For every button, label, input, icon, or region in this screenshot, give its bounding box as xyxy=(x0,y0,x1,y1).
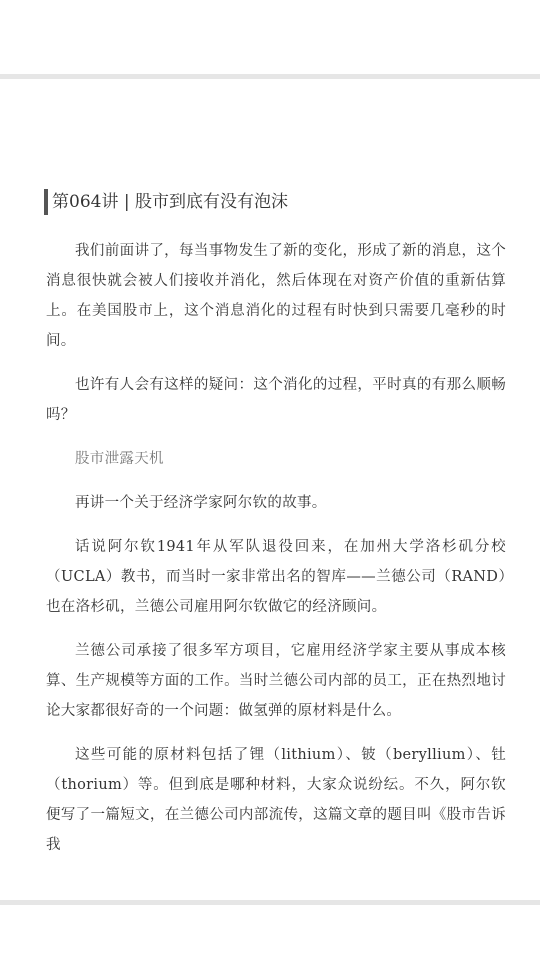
title-text: 第064讲 | 股市到底有没有泡沫 xyxy=(52,192,288,212)
paragraph: 再讲一个关于经济学家阿尔钦的故事。 xyxy=(46,488,506,518)
top-divider xyxy=(0,74,540,79)
section-subheading: 股市泄露天机 xyxy=(46,444,506,474)
paragraph: 兰德公司承接了很多军方项目，它雇用经济学家主要从事成本核算、生产规模等方面的工作… xyxy=(46,636,506,726)
title-accent-bar xyxy=(44,189,48,215)
paragraph: 我们前面讲了，每当事物发生了新的变化，形成了新的消息，这个消息很快就会被人们接收… xyxy=(46,236,506,356)
paragraph: 这些可能的原材料包括了锂（lithium）、铍（beryllium）、钍（tho… xyxy=(46,740,506,860)
article: 第064讲 | 股市到底有没有泡沫 我们前面讲了，每当事物发生了新的变化，形成了… xyxy=(46,188,506,874)
paragraph: 话说阿尔钦1941年从军队退役回来，在加州大学洛杉矶分校（UCLA）教书，而当时… xyxy=(46,532,506,622)
paragraph: 也许有人会有这样的疑问：这个消化的过程，平时真的有那么顺畅吗？ xyxy=(46,370,506,430)
article-title: 第064讲 | 股市到底有没有泡沫 xyxy=(46,188,506,216)
bottom-divider xyxy=(0,900,540,905)
